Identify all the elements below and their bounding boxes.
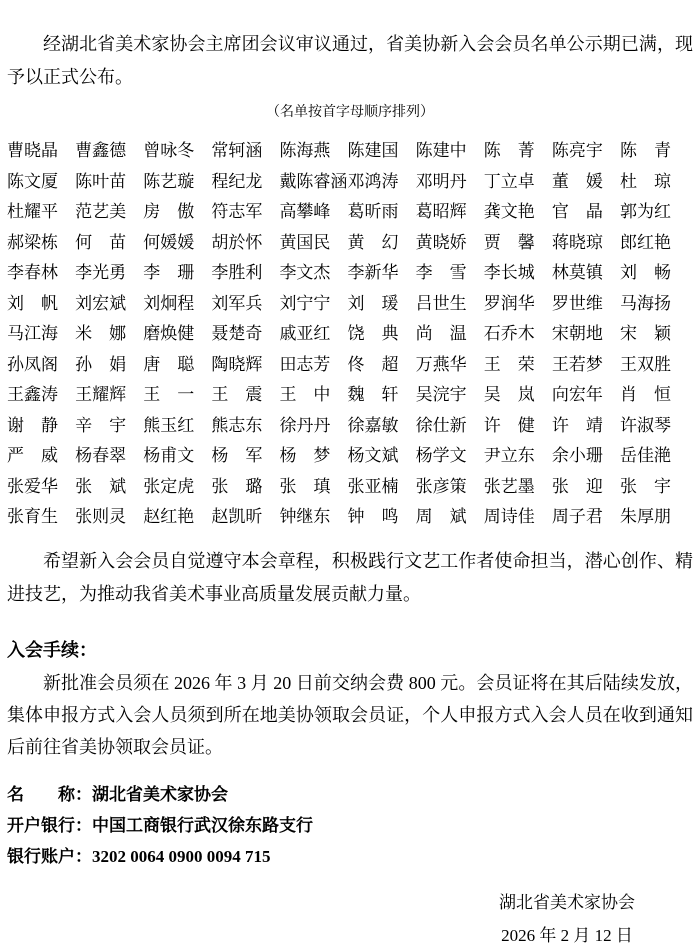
member-name: 李文杰 [279, 258, 330, 289]
member-name: 张爱华 [7, 472, 58, 503]
member-name: 杨 军 [211, 441, 262, 472]
member-name: 范艺美 [75, 197, 126, 228]
member-name: 陈海燕 [279, 136, 330, 167]
name-row: 马江海米 娜磨焕健聂楚奇戚亚红饶 典尚 温石乔木宋朝地宋 颖 [7, 319, 671, 350]
member-name: 陶晓辉 [211, 350, 262, 381]
member-name: 王若梦 [552, 350, 603, 381]
member-name: 戚亚红 [279, 319, 330, 350]
member-name: 杨春翠 [75, 441, 126, 472]
signature-block: 湖北省美术家协会 2026 年 2 月 12 日 [499, 886, 635, 949]
member-name: 石乔木 [484, 319, 535, 350]
member-name: 李胜利 [211, 258, 262, 289]
member-name: 许 靖 [552, 411, 603, 442]
name-row: 张爱华张 斌张定虎张 璐张 瑱张亚楠张彦策张艺墨张 迎张 宇 [7, 472, 671, 503]
signature-org: 湖北省美术家协会 [499, 886, 635, 919]
member-name: 程纪龙 [211, 167, 262, 198]
member-name: 陈 菁 [484, 136, 535, 167]
member-name: 高攀峰 [279, 197, 330, 228]
member-name: 陈建国 [348, 136, 399, 167]
member-name: 王 中 [279, 380, 330, 411]
member-name: 徐嘉敏 [348, 411, 399, 442]
member-name: 李新华 [348, 258, 399, 289]
document-page: 经湖北省美术家协会主席团会议审议通过，省美协新入会会员名单公示期已满，现予以正式… [0, 0, 700, 949]
member-name: 徐丹丹 [279, 411, 330, 442]
member-name: 刘 帆 [7, 289, 58, 320]
member-name: 李春林 [7, 258, 58, 289]
member-name: 张育生 [7, 502, 58, 533]
member-name: 蒋晓琼 [552, 228, 603, 259]
member-name: 邓鸿涛 [348, 167, 399, 198]
member-name: 王耀辉 [75, 380, 126, 411]
name-row: 郝梁栋何 苗何媛媛胡於怀黄国民黄 幻黄晓娇贾 馨蒋晓琼郎红艳 [7, 228, 671, 259]
member-name: 米 娜 [75, 319, 126, 350]
member-name: 尚 温 [416, 319, 467, 350]
name-row: 谢 静辛 宇熊玉红熊志东徐丹丹徐嘉敏徐仕新许 健许 靖许淑琴 [7, 411, 671, 442]
bank-account-line: 银行账户：3202 0064 0900 0094 715 [7, 841, 693, 872]
member-name: 岳佳滟 [620, 441, 671, 472]
member-name: 张 璐 [211, 472, 262, 503]
member-name: 尹立东 [484, 441, 535, 472]
name-row: 刘 帆刘宏斌刘炯程刘军兵刘宁宁刘 瑗吕世生罗润华罗世维马海扬 [7, 289, 671, 320]
member-name: 罗润华 [484, 289, 535, 320]
member-name: 王 震 [211, 380, 262, 411]
member-name: 李长城 [484, 258, 535, 289]
member-name: 何媛媛 [143, 228, 194, 259]
member-name: 魏 轩 [348, 380, 399, 411]
member-name: 黄 幻 [348, 228, 399, 259]
bank-branch-value: 中国工商银行武汉徐东路支行 [92, 816, 313, 835]
member-name: 何 苗 [75, 228, 126, 259]
member-name: 陈叶苗 [75, 167, 126, 198]
member-name: 杨学文 [416, 441, 467, 472]
member-name: 吴 岚 [484, 380, 535, 411]
member-name: 周 斌 [416, 502, 467, 533]
member-name: 杜耀平 [7, 197, 58, 228]
member-name: 郭为红 [620, 197, 671, 228]
member-name: 张 斌 [75, 472, 126, 503]
name-row: 陈文厦陈叶苗陈艺璇程纪龙戴陈睿涵邓鸿涛邓明丹丁立卓董 媛杜 琼 [7, 167, 671, 198]
member-name: 饶 典 [348, 319, 399, 350]
name-row: 王鑫涛王耀辉王 一王 震王 中魏 轩吴浣宇吴 岚向宏年肖 恒 [7, 380, 671, 411]
member-name: 林莫镇 [552, 258, 603, 289]
member-name: 刘 畅 [620, 258, 671, 289]
member-name: 吕世生 [416, 289, 467, 320]
bank-info-block: 名 称：湖北省美术家协会 开户银行：中国工商银行武汉徐东路支行 银行账户：320… [7, 779, 693, 872]
bank-name-label: 名 称： [7, 785, 92, 804]
member-name: 吴浣宇 [416, 380, 467, 411]
member-name: 陈文厦 [7, 167, 58, 198]
member-name: 李 珊 [143, 258, 194, 289]
member-name: 王 一 [143, 380, 194, 411]
member-name: 刘宁宁 [279, 289, 330, 320]
member-name: 黄晓娇 [416, 228, 467, 259]
member-name: 刘军兵 [211, 289, 262, 320]
member-name: 许 健 [484, 411, 535, 442]
member-name: 曹晓晶 [7, 136, 58, 167]
member-name: 田志芳 [279, 350, 330, 381]
procedure-heading: 入会手续： [7, 637, 693, 663]
member-name: 王双胜 [620, 350, 671, 381]
member-name: 钟 鸣 [348, 502, 399, 533]
member-name: 佟 超 [348, 350, 399, 381]
member-name: 钟继东 [279, 502, 330, 533]
member-names-grid: 曹晓晶曹鑫德曾咏冬常轲涵陈海燕陈建国陈建中陈 菁陈亮宇陈 青陈文厦陈叶苗陈艺璇程… [7, 136, 671, 533]
bank-account-label: 银行账户： [7, 847, 92, 866]
member-name: 李光勇 [75, 258, 126, 289]
member-name: 葛昕雨 [348, 197, 399, 228]
member-name: 张定虎 [143, 472, 194, 503]
member-name: 徐仕新 [416, 411, 467, 442]
member-name: 赵凯昕 [211, 502, 262, 533]
member-name: 丁立卓 [484, 167, 535, 198]
member-name: 杨甫文 [143, 441, 194, 472]
member-name: 郎红艳 [620, 228, 671, 259]
procedure-paragraph: 新批准会员须在 2026 年 3 月 20 日前交纳会费 800 元。会员证将在… [7, 667, 693, 763]
member-name: 王鑫涛 [7, 380, 58, 411]
member-name: 马海扬 [620, 289, 671, 320]
member-name: 余小珊 [552, 441, 603, 472]
member-name: 房 傲 [143, 197, 194, 228]
hope-paragraph: 希望新入会会员自觉遵守本会章程，积极践行文艺工作者使命担当，潜心创作、精进技艺，… [7, 545, 693, 611]
member-name: 曾咏冬 [143, 136, 194, 167]
member-name: 孙凤阁 [7, 350, 58, 381]
member-name: 刘 瑗 [348, 289, 399, 320]
member-name: 张彦策 [416, 472, 467, 503]
name-row: 孙凤阁孙 娟唐 聪陶晓辉田志芳佟 超万燕华王 荣王若梦王双胜 [7, 350, 671, 381]
member-name: 周子君 [552, 502, 603, 533]
member-name: 宋朝地 [552, 319, 603, 350]
member-name: 罗世维 [552, 289, 603, 320]
name-row: 杜耀平范艺美房 傲符志军高攀峰葛昕雨葛昭辉龚文艳官 晶郭为红 [7, 197, 671, 228]
member-name: 磨焕健 [143, 319, 194, 350]
member-name: 熊玉红 [143, 411, 194, 442]
member-name: 黄国民 [279, 228, 330, 259]
member-name: 肖 恒 [620, 380, 671, 411]
member-name: 符志军 [211, 197, 262, 228]
member-name: 官 晶 [552, 197, 603, 228]
member-name: 许淑琴 [620, 411, 671, 442]
member-name: 赵红艳 [143, 502, 194, 533]
member-name: 张则灵 [75, 502, 126, 533]
member-name: 谢 静 [7, 411, 58, 442]
member-name: 李 雪 [416, 258, 467, 289]
member-name: 严 威 [7, 441, 58, 472]
member-name: 张亚楠 [348, 472, 399, 503]
member-name: 董 媛 [552, 167, 603, 198]
member-name: 张 宇 [620, 472, 671, 503]
member-name: 戴陈睿涵 [279, 167, 330, 198]
member-name: 龚文艳 [484, 197, 535, 228]
name-row: 曹晓晶曹鑫德曾咏冬常轲涵陈海燕陈建国陈建中陈 菁陈亮宇陈 青 [7, 136, 671, 167]
member-name: 杨 梦 [279, 441, 330, 472]
member-name: 孙 娟 [75, 350, 126, 381]
member-name: 马江海 [7, 319, 58, 350]
member-name: 陈 青 [620, 136, 671, 167]
member-name: 熊志东 [211, 411, 262, 442]
member-name: 郝梁栋 [7, 228, 58, 259]
member-name: 聂楚奇 [211, 319, 262, 350]
bank-account-number: 3202 0064 0900 0094 715 [92, 847, 271, 866]
member-name: 陈建中 [416, 136, 467, 167]
member-name: 张 瑱 [279, 472, 330, 503]
member-name: 陈亮宇 [552, 136, 603, 167]
member-name: 辛 宇 [75, 411, 126, 442]
member-name: 刘炯程 [143, 289, 194, 320]
member-name: 刘宏斌 [75, 289, 126, 320]
member-name: 唐 聪 [143, 350, 194, 381]
member-name: 张 迎 [552, 472, 603, 503]
name-row: 李春林李光勇李 珊李胜利李文杰李新华李 雪李长城林莫镇刘 畅 [7, 258, 671, 289]
intro-paragraph: 经湖北省美术家协会主席团会议审议通过，省美协新入会会员名单公示期已满，现予以正式… [7, 28, 693, 94]
member-name: 杜 琼 [620, 167, 671, 198]
member-name: 王 荣 [484, 350, 535, 381]
member-name: 邓明丹 [416, 167, 467, 198]
member-name: 葛昭辉 [416, 197, 467, 228]
name-row: 严 威杨春翠杨甫文杨 军杨 梦杨文斌杨学文尹立东余小珊岳佳滟 [7, 441, 671, 472]
bank-name-line: 名 称：湖北省美术家协会 [7, 779, 693, 810]
member-name: 周诗佳 [484, 502, 535, 533]
member-name: 杨文斌 [348, 441, 399, 472]
member-name: 常轲涵 [211, 136, 262, 167]
bank-branch-label: 开户银行： [7, 816, 92, 835]
member-name: 陈艺璇 [143, 167, 194, 198]
name-row: 张育生张则灵赵红艳赵凯昕钟继东钟 鸣周 斌周诗佳周子君朱厚朋 [7, 502, 671, 533]
member-name: 向宏年 [552, 380, 603, 411]
sort-order-note: （名单按首字母顺序排列） [7, 102, 693, 124]
member-name: 贾 馨 [484, 228, 535, 259]
member-name: 张艺墨 [484, 472, 535, 503]
signature-date: 2026 年 2 月 12 日 [499, 919, 635, 949]
member-name: 曹鑫德 [75, 136, 126, 167]
bank-branch-line: 开户银行：中国工商银行武汉徐东路支行 [7, 810, 693, 841]
member-name: 朱厚朋 [620, 502, 671, 533]
member-name: 胡於怀 [211, 228, 262, 259]
bank-name-value: 湖北省美术家协会 [92, 785, 228, 804]
member-name: 万燕华 [416, 350, 467, 381]
member-name: 宋 颖 [620, 319, 671, 350]
